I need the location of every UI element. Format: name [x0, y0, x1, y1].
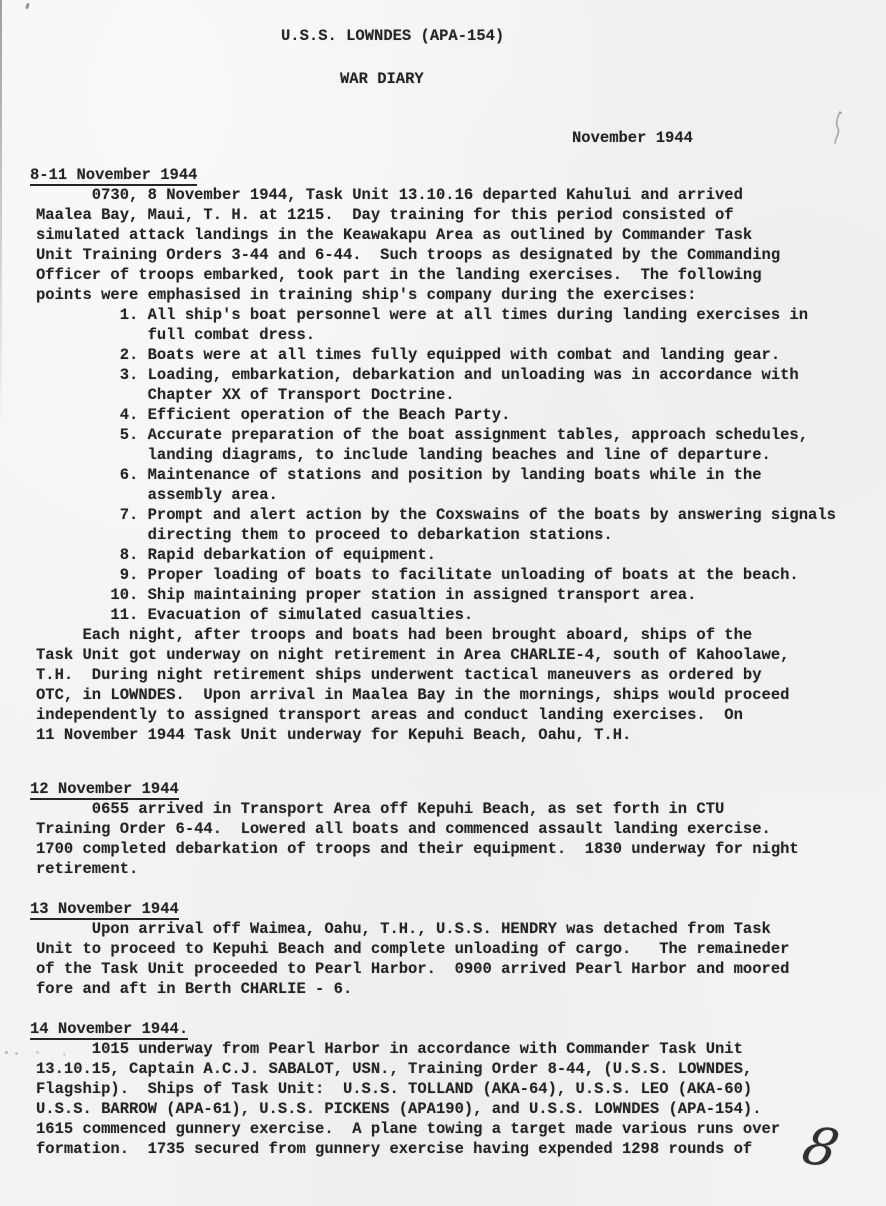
- section-heading-text: 14 November 1944.: [30, 1020, 188, 1040]
- section-heading-text: 13 November 1944: [30, 900, 179, 920]
- doc-line: 11. Evacuation of simulated casualties.: [36, 605, 866, 625]
- section-heading: 8-11 November 1944: [30, 165, 866, 185]
- diary-entries: 8-11 November 1944 0730, 8 November 1944…: [36, 165, 866, 1159]
- blank-line: [36, 999, 866, 1019]
- doc-line: Training Order 6-44. Lowered all boats a…: [36, 819, 866, 839]
- scan-edge-shadow: [0, 0, 2, 430]
- doc-line: Chapter XX of Transport Doctrine.: [36, 385, 866, 405]
- section-heading: 12 November 1944: [30, 779, 866, 799]
- scan-specks-left-margin: [5, 1051, 8, 1054]
- doc-line: 2. Boats were at all times fully equippe…: [36, 345, 866, 365]
- pencil-mark-icon: [831, 110, 845, 151]
- doc-line: 1. All ship's boat personnel were at all…: [36, 305, 866, 325]
- doc-line: 1015 underway from Pearl Harbor in accor…: [36, 1039, 866, 1059]
- doc-line: 0730, 8 November 1944, Task Unit 13.10.1…: [36, 185, 866, 205]
- doc-line: retirement.: [36, 859, 866, 879]
- date-line: November 1944: [572, 128, 693, 148]
- doc-line: landing diagrams, to include landing bea…: [36, 445, 866, 465]
- doc-line: 1700 completed debarkation of troops and…: [36, 839, 866, 859]
- blank-line: [36, 879, 866, 899]
- doc-line: fore and aft in Berth CHARLIE - 6.: [36, 979, 866, 999]
- doc-line: 9. Proper loading of boats to facilitate…: [36, 565, 866, 585]
- document-title: U.S.S. LOWNDES (APA-154): [281, 26, 504, 46]
- doc-line: formation. 1735 secured from gunnery exe…: [36, 1139, 866, 1159]
- doc-line: Unit to proceed to Kepuhi Beach and comp…: [36, 939, 866, 959]
- document-subtitle: WAR DIARY: [340, 69, 424, 89]
- doc-line: Each night, after troops and boats had b…: [36, 625, 866, 645]
- doc-line: Task Unit got underway on night retireme…: [36, 645, 866, 665]
- scanned-war-diary-page: U.S.S. LOWNDES (APA-154) WAR DIARY Novem…: [0, 0, 886, 1206]
- doc-line: 7. Prompt and alert action by the Coxswa…: [36, 505, 866, 525]
- doc-line: 3. Loading, embarkation, debarkation and…: [36, 365, 866, 385]
- doc-line: 5. Accurate preparation of the boat assi…: [36, 425, 866, 445]
- doc-line: 11 November 1944 Task Unit underway for …: [36, 725, 866, 745]
- section-heading: 14 November 1944.: [30, 1019, 866, 1039]
- doc-line: T.H. During night retirement ships under…: [36, 665, 866, 685]
- doc-line: 13.10.15, Captain A.C.J. SABALOT, USN., …: [36, 1059, 866, 1079]
- doc-line: 1615 commenced gunnery exercise. A plane…: [36, 1119, 866, 1139]
- section-heading: 13 November 1944: [30, 899, 866, 919]
- doc-line: simulated attack landings in the Keawaka…: [36, 225, 866, 245]
- doc-line: OTC, in LOWNDES. Upon arrival in Maalea …: [36, 685, 866, 705]
- section-heading-text: 12 November 1944: [30, 780, 179, 800]
- doc-line: 8. Rapid debarkation of equipment.: [36, 545, 866, 565]
- doc-line: directing them to proceed to debarkation…: [36, 525, 866, 545]
- section-heading-text: 8-11 November 1944: [30, 166, 197, 186]
- doc-line: points were emphasised in training ship'…: [36, 285, 866, 305]
- doc-line: Unit Training Orders 3-44 and 6-44. Such…: [36, 245, 866, 265]
- doc-line: Flagship). Ships of Task Unit: U.S.S. TO…: [36, 1079, 866, 1099]
- doc-line: assembly area.: [36, 485, 866, 505]
- scan-speck-top-left: [25, 3, 30, 10]
- doc-line: Upon arrival off Waimea, Oahu, T.H., U.S…: [36, 919, 866, 939]
- doc-line: full combat dress.: [36, 325, 866, 345]
- doc-line: Maalea Bay, Maui, T. H. at 1215. Day tra…: [36, 205, 866, 225]
- doc-line: 10. Ship maintaining proper station in a…: [36, 585, 866, 605]
- doc-line: independently to assigned transport area…: [36, 705, 866, 725]
- doc-line: 6. Maintenance of stations and position …: [36, 465, 866, 485]
- doc-line: U.S.S. BARROW (APA-61), U.S.S. PICKENS (…: [36, 1099, 866, 1119]
- doc-line: 4. Efficient operation of the Beach Part…: [36, 405, 866, 425]
- blank-line: [36, 745, 866, 779]
- doc-line: 0655 arrived in Transport Area off Kepuh…: [36, 799, 866, 819]
- doc-line: of the Task Unit proceeded to Pearl Harb…: [36, 959, 866, 979]
- doc-line: Officer of troops embarked, took part in…: [36, 265, 866, 285]
